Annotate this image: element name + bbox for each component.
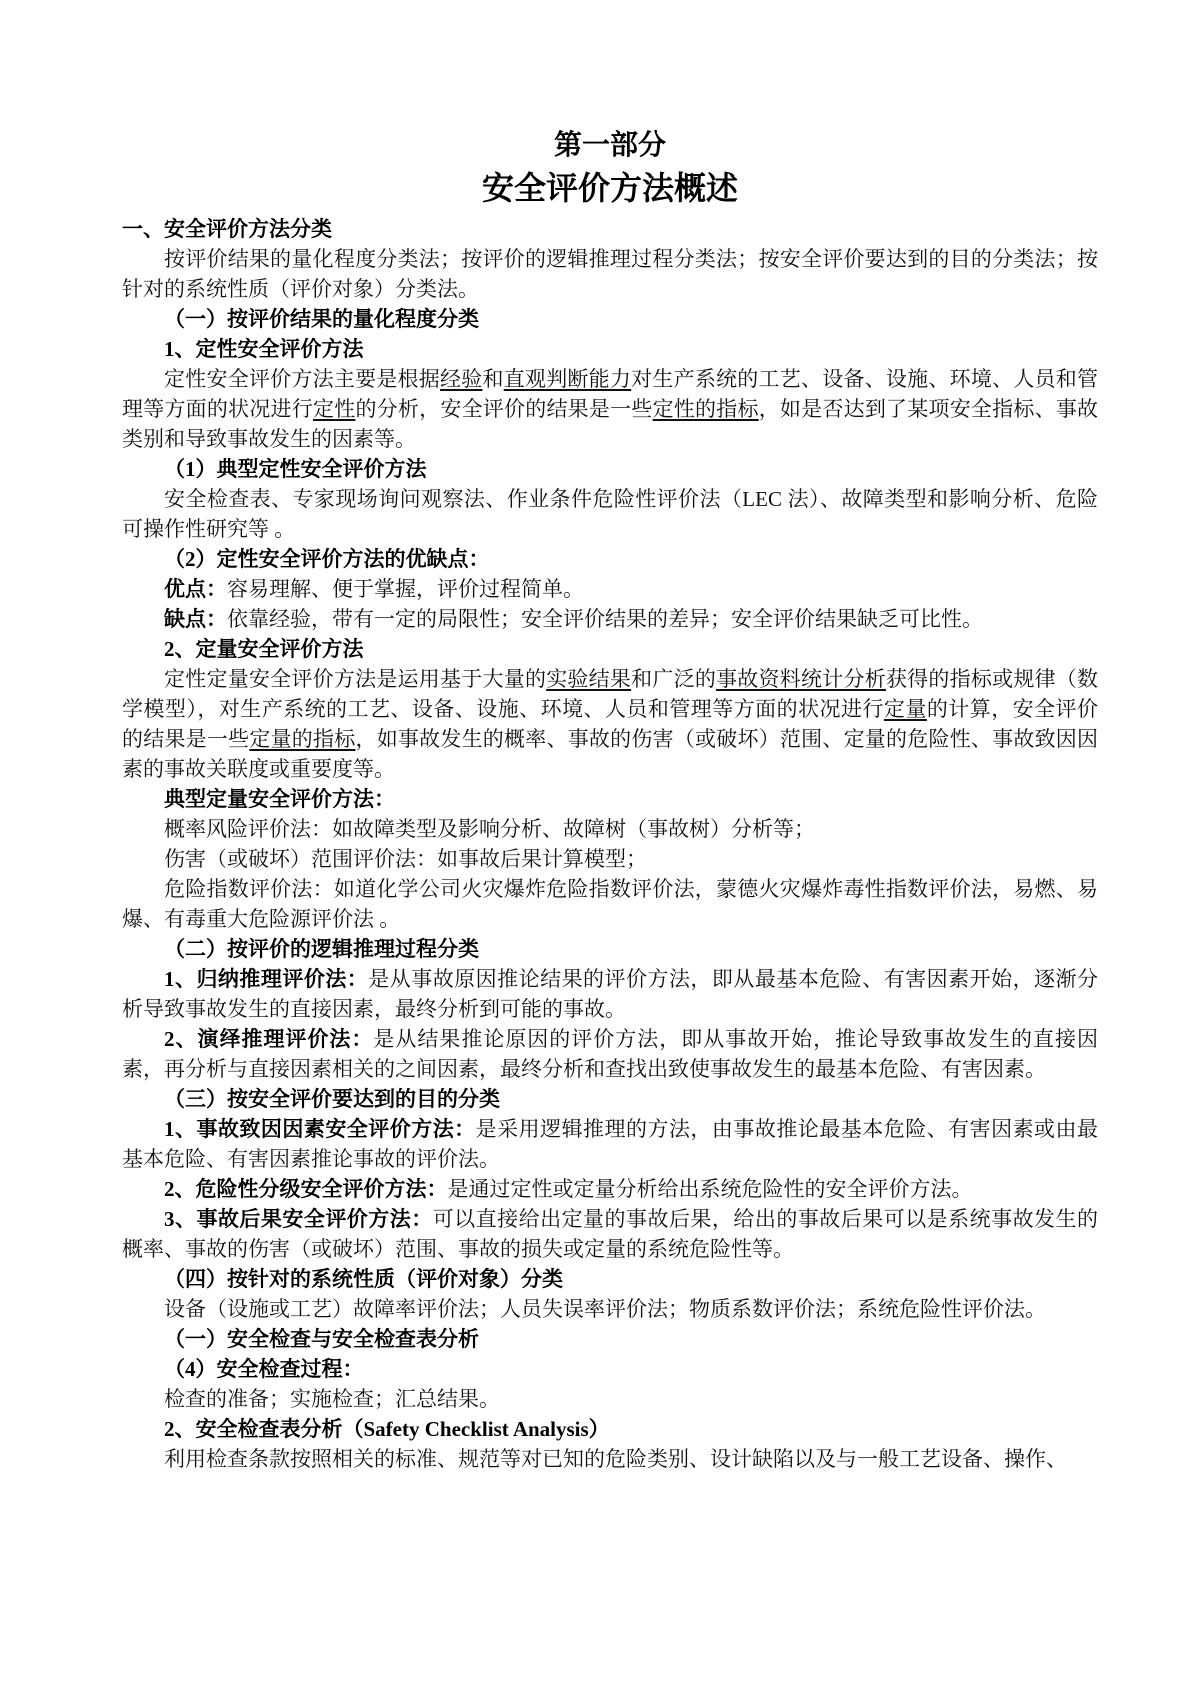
text-run: 容易理解、便于掌握，评价过程简单。 xyxy=(227,577,584,601)
bold-run: 优点： xyxy=(164,577,227,601)
text-run: 和广泛的 xyxy=(631,667,716,691)
bold-run: （二）按评价的逻辑推理过程分类 xyxy=(164,937,479,961)
underlined-run: 直观判断能力 xyxy=(504,367,631,391)
paragraph: 1、归纳推理评价法：是从事故原因推论结果的评价方法，即从最基本危险、有害因素开始… xyxy=(122,964,1098,1024)
paragraph: 1、事故致因因素安全评价方法：是采用逻辑推理的方法，由事故推论最基本危险、有害因… xyxy=(122,1114,1098,1174)
subsection-heading: 2、安全检查表分析（Safety Checklist Analysis） xyxy=(122,1414,1098,1444)
bold-run: （一）按评价结果的量化程度分类 xyxy=(164,307,479,331)
bold-run: 一、安全评价方法分类 xyxy=(122,217,332,241)
bold-run: （4）安全检查过程： xyxy=(164,1357,364,1381)
bold-run: （四）按针对的系统性质（评价对象）分类 xyxy=(164,1267,563,1291)
paragraph: 检查的准备；实施检查；汇总结果。 xyxy=(122,1384,1098,1414)
subsection-heading: （4）安全检查过程： xyxy=(122,1354,1098,1384)
underlined-run: 定性的指标 xyxy=(653,397,759,421)
text-run: 伤害（或破坏）范围评价法：如事故后果计算模型； xyxy=(164,847,647,871)
section-heading: 一、安全评价方法分类 xyxy=(122,214,1098,244)
subsection-heading: （2）定性安全评价方法的优缺点： xyxy=(122,544,1098,574)
bold-run: 2、安全检查表分析（Safety Checklist Analysis） xyxy=(164,1417,610,1441)
document-title: 安全评价方法概述 xyxy=(122,166,1098,210)
subsection-heading: （一）按评价结果的量化程度分类 xyxy=(122,304,1098,334)
text-run: 定性定量安全评价方法是运用基于大量的 xyxy=(164,667,546,691)
text-run: 安全检查表、专家现场询问观察法、作业条件危险性评价法（LEC 法）、故障类型和影… xyxy=(122,487,1098,541)
underlined-run: 定量 xyxy=(884,697,927,721)
bold-run: 缺点： xyxy=(164,607,227,631)
text-run: 是通过定性或定量分析给出系统危险性的安全评价方法。 xyxy=(448,1177,973,1201)
subsection-heading: （二）按评价的逻辑推理过程分类 xyxy=(122,934,1098,964)
text-run: 利用检查条款按照相关的标准、规范等对已知的危险类别、设计缺陷以及与一般工艺设备、… xyxy=(164,1447,1067,1471)
bold-run: （1）典型定性安全评价方法 xyxy=(164,457,427,481)
paragraph: 伤害（或破坏）范围评价法：如事故后果计算模型； xyxy=(122,844,1098,874)
text-run: 检查的准备；实施检查；汇总结果。 xyxy=(164,1387,500,1411)
underlined-run: 实验结果 xyxy=(546,667,631,691)
underlined-run: 定量的指标 xyxy=(249,727,355,751)
bold-run: 1、事故致因因素安全评价方法： xyxy=(164,1117,476,1141)
paragraph: 定性安全评价方法主要是根据经验和直观判断能力对生产系统的工艺、设备、设施、环境、… xyxy=(122,364,1098,454)
subsection-heading: 典型定量安全评价方法： xyxy=(122,784,1098,814)
paragraph: 安全检查表、专家现场询问观察法、作业条件危险性评价法（LEC 法）、故障类型和影… xyxy=(122,484,1098,544)
bold-run: 1、定性安全评价方法 xyxy=(164,337,364,361)
text-run: 定性安全评价方法主要是根据 xyxy=(164,367,440,391)
bold-run: 3、事故后果安全评价方法： xyxy=(164,1207,433,1231)
paragraph: 设备（设施或工艺）故障率评价法；人员失误率评价法；物质系数评价法；系统危险性评价… xyxy=(122,1294,1098,1324)
underlined-run: 事故资料统计分析 xyxy=(716,667,886,691)
subsection-heading: （一）安全检查与安全检查表分析 xyxy=(122,1324,1098,1354)
bold-run: （一）安全检查与安全检查表分析 xyxy=(164,1327,479,1351)
document-page: 第一部分 安全评价方法概述 一、安全评价方法分类按评价结果的量化程度分类法；按评… xyxy=(0,0,1190,1683)
bold-run: 2、演绎推理评价法： xyxy=(164,1027,373,1051)
paragraph: 2、危险性分级安全评价方法：是通过定性或定量分析给出系统危险性的安全评价方法。 xyxy=(122,1174,1098,1204)
subsection-heading: 2、定量安全评价方法 xyxy=(122,634,1098,664)
paragraph: 缺点：依靠经验，带有一定的局限性；安全评价结果的差异；安全评价结果缺乏可比性。 xyxy=(122,604,1098,634)
paragraph: 利用检查条款按照相关的标准、规范等对已知的危险类别、设计缺陷以及与一般工艺设备、… xyxy=(122,1444,1098,1474)
text-run: 概率风险评价法：如故障类型及影响分析、故障树（事故树）分析等； xyxy=(164,817,815,841)
subsection-heading: （1）典型定性安全评价方法 xyxy=(122,454,1098,484)
paragraph: 概率风险评价法：如故障类型及影响分析、故障树（事故树）分析等； xyxy=(122,814,1098,844)
text-run: 依靠经验，带有一定的局限性；安全评价结果的差异；安全评价结果缺乏可比性。 xyxy=(227,607,983,631)
text-run: 按评价结果的量化程度分类法；按评价的逻辑推理过程分类法；按安全评价要达到的目的分… xyxy=(122,247,1098,301)
bold-run: 2、定量安全评价方法 xyxy=(164,637,364,661)
document-content: 第一部分 安全评价方法概述 一、安全评价方法分类按评价结果的量化程度分类法；按评… xyxy=(0,0,1190,1474)
paragraph: 3、事故后果安全评价方法：可以直接给出定量的事故后果，给出的事故后果可以是系统事… xyxy=(122,1204,1098,1264)
underlined-run: 定性 xyxy=(313,397,355,421)
bold-run: 典型定量安全评价方法： xyxy=(164,787,395,811)
bold-run: 2、危险性分级安全评价方法： xyxy=(164,1177,448,1201)
subsection-heading: 1、定性安全评价方法 xyxy=(122,334,1098,364)
paragraph: 优点：容易理解、便于掌握，评价过程简单。 xyxy=(122,574,1098,604)
bold-run: （三）按安全评价要达到的目的分类 xyxy=(164,1087,500,1111)
bold-run: （2）定性安全评价方法的优缺点： xyxy=(164,547,490,571)
document-body: 一、安全评价方法分类按评价结果的量化程度分类法；按评价的逻辑推理过程分类法；按安… xyxy=(122,214,1098,1474)
paragraph: 危险指数评价法：如道化学公司火灾爆炸危险指数评价法，蒙德火灾爆炸毒性指数评价法，… xyxy=(122,874,1098,934)
text-run: 设备（设施或工艺）故障率评价法；人员失误率评价法；物质系数评价法；系统危险性评价… xyxy=(164,1297,1046,1321)
part-title: 第一部分 xyxy=(122,126,1098,166)
text-run: 的分析，安全评价的结果是一些 xyxy=(355,397,652,421)
text-run: 和 xyxy=(483,367,504,391)
paragraph: 按评价结果的量化程度分类法；按评价的逻辑推理过程分类法；按安全评价要达到的目的分… xyxy=(122,244,1098,304)
subsection-heading: （三）按安全评价要达到的目的分类 xyxy=(122,1084,1098,1114)
bold-run: 1、归纳推理评价法： xyxy=(164,967,368,991)
paragraph: 定性定量安全评价方法是运用基于大量的实验结果和广泛的事故资料统计分析获得的指标或… xyxy=(122,664,1098,784)
paragraph: 2、演绎推理评价法：是从结果推论原因的评价方法，即从事故开始，推论导致事故发生的… xyxy=(122,1024,1098,1084)
text-run: 危险指数评价法：如道化学公司火灾爆炸危险指数评价法，蒙德火灾爆炸毒性指数评价法，… xyxy=(122,877,1098,931)
subsection-heading: （四）按针对的系统性质（评价对象）分类 xyxy=(122,1264,1098,1294)
underlined-run: 经验 xyxy=(440,367,482,391)
